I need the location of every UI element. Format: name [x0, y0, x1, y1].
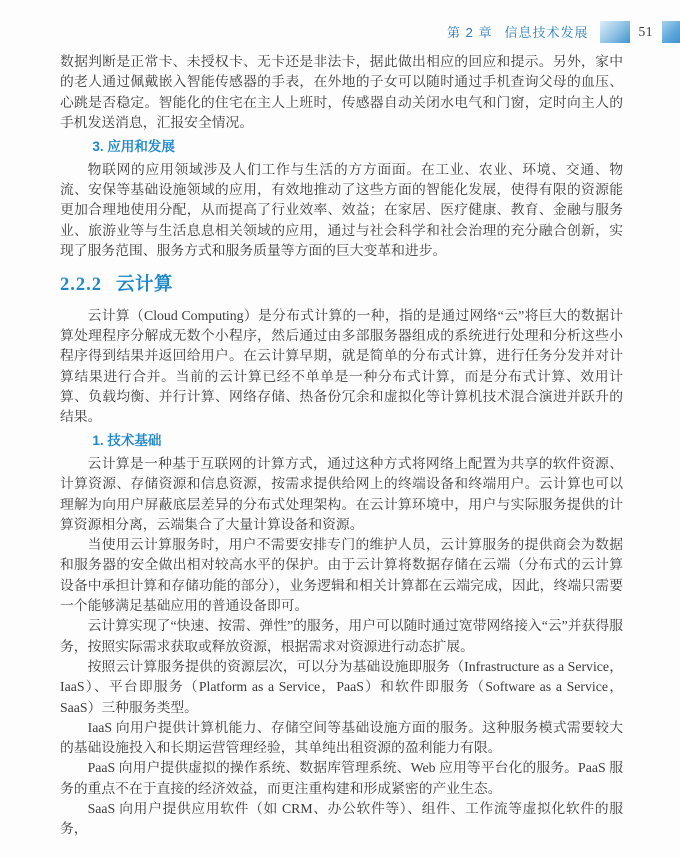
paragraph-service-layers: 按照云计算服务提供的资源层次，可以分为基础设施即服务（Infrastructur…	[60, 657, 623, 718]
paragraph-iot-continuation: 数据判断是正常卡、未授权卡、无卡还是非法卡，据此做出相应的回应和提示。另外，家中…	[60, 52, 623, 133]
running-header: 第 2 章信息技术发展 51	[0, 20, 680, 43]
header-title: 第 2 章信息技术发展	[447, 22, 588, 41]
section-title: 云计算	[116, 273, 173, 294]
paragraph-cloud-intro: 云计算（Cloud Computing）是分布式计算的一种，指的是通过网络“云”…	[60, 306, 623, 428]
chapter-label: 第 2 章	[447, 25, 492, 40]
paragraph-iaas: IaaS 向用户提供计算机能力、存储空间等基础设施方面的服务。这种服务模式需要较…	[60, 718, 623, 759]
paragraph-service-provider: 当使用云计算服务时，用户不需要安排专门的维护人员，云计算服务的提供商会为数据和服…	[60, 535, 623, 616]
paragraph-tech-basis: 云计算是一种基于互联网的计算方式，通过这种方式将网络上配置为共享的软件资源、计算…	[60, 454, 623, 535]
header-edge-square-icon	[662, 21, 680, 43]
chapter-title: 信息技术发展	[504, 25, 588, 40]
page-number: 51	[639, 24, 654, 40]
subheading-tech-basis: 1. 技术基础	[60, 434, 623, 448]
page-body: 数据判断是正常卡、未授权卡、无卡还是非法卡，据此做出相应的回应和提示。另外，家中…	[60, 52, 623, 840]
paragraph-elastic-service: 云计算实现了“快速、按需、弹性”的服务，用户可以随时通过宽带网络接入“云”并获得…	[60, 616, 623, 657]
header-decor-square-icon	[600, 21, 630, 43]
paragraph-paas: PaaS 向用户提供虚拟的操作系统、数据库管理系统、Web 应用等平台化的服务。…	[60, 758, 623, 799]
section-heading-cloud-computing: 2.2.2云计算	[60, 275, 623, 295]
paragraph-iot-fields: 物联网的应用领域涉及人们工作与生活的方方面面。在工业、农业、环境、交通、物流、安…	[60, 160, 623, 261]
paragraph-saas: SaaS 向用户提供应用软件（如 CRM、办公软件等）、组件、工作流等虚拟化软件…	[60, 799, 623, 840]
book-page: 第 2 章信息技术发展 51 数据判断是正常卡、未授权卡、无卡还是非法卡，据此做…	[0, 0, 680, 858]
subheading-application-development: 3. 应用和发展	[60, 140, 623, 154]
section-number: 2.2.2	[60, 275, 102, 295]
